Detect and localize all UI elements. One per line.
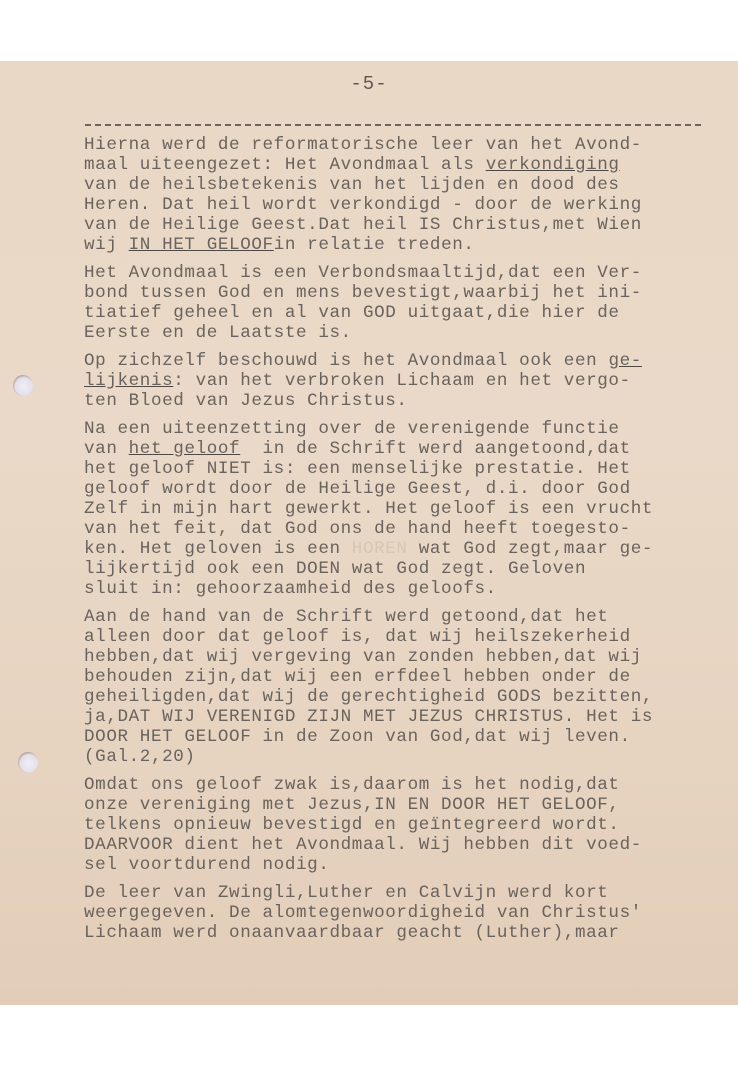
text-segment: van de Heilige Geest.Dat heil IS Christu… bbox=[84, 215, 642, 235]
paragraph: De leer van Zwingli,Luther en Calvijn we… bbox=[84, 883, 724, 943]
text-line: Na een uiteenzetting over de verenigende… bbox=[84, 419, 724, 439]
text-line: bond tussen God en mens bevestigt,waarbi… bbox=[84, 283, 724, 303]
text-segment: DOOR HET GELOOF in de Zoon van God,dat w… bbox=[84, 727, 631, 747]
text-line: Heren. Dat heil wordt verkondigd - door … bbox=[84, 195, 724, 215]
punch-hole-top bbox=[13, 375, 33, 396]
text-line: tiatief geheel en al van GOD uitgaat,die… bbox=[84, 303, 724, 323]
text-line: wij IN HET GELOOFin relatie treden. bbox=[84, 235, 724, 255]
text-line: Eerste en de Laatste is. bbox=[84, 323, 724, 343]
page-number: -5- bbox=[0, 73, 738, 95]
text-line: Lichaam werd onaanvaardbaar geacht (Luth… bbox=[84, 923, 724, 943]
text-segment: het geloof NIET is: een menselijke prest… bbox=[84, 459, 631, 479]
text-line: DOOR HET GELOOF in de Zoon van God,dat w… bbox=[84, 727, 724, 747]
text-segment: sluit in: gehoorzaamheid des geloofs. bbox=[84, 579, 497, 599]
text-line: Omdat ons geloof zwak is,daarom is het n… bbox=[84, 775, 724, 795]
text-segment: bond tussen God en mens bevestigt,waarbi… bbox=[84, 283, 642, 303]
underlined-text: lijkenis bbox=[84, 371, 173, 391]
text-segment: Omdat ons geloof zwak is,daarom is het n… bbox=[84, 775, 620, 795]
text-line: onze vereniging met Jezus,IN EN DOOR HET… bbox=[84, 795, 724, 815]
paragraph: Omdat ons geloof zwak is,daarom is het n… bbox=[84, 775, 724, 875]
text-line: ken. Het geloven is een HOREN wat God ze… bbox=[84, 539, 724, 559]
text-line: alleen door dat geloof is, dat wij heils… bbox=[84, 627, 724, 647]
text-segment: Heren. Dat heil wordt verkondigd - door … bbox=[84, 195, 642, 215]
text-segment: De leer van Zwingli,Luther en Calvijn we… bbox=[84, 883, 608, 903]
text-segment: DAARVOOR dient het Avondmaal. Wij hebben… bbox=[84, 835, 642, 855]
text-line: van de heilsbetekenis van het lijden en … bbox=[84, 175, 724, 195]
text-segment: Op zichzelf beschouwd is het Avondmaal o… bbox=[84, 351, 608, 371]
paragraph: Hierna werd de reformatorische leer van … bbox=[84, 135, 724, 255]
text-line: hebben,dat wij vergeving van zonden hebb… bbox=[84, 647, 724, 667]
text-segment: tiatief geheel en al van GOD uitgaat,die… bbox=[84, 303, 620, 323]
text-segment: ken. Het geloven is een bbox=[84, 539, 352, 559]
text-line: DAARVOOR dient het Avondmaal. Wij hebben… bbox=[84, 835, 724, 855]
text-line: van de Heilige Geest.Dat heil IS Christu… bbox=[84, 215, 724, 235]
paragraph: Aan de hand van de Schrift werd getoond,… bbox=[84, 607, 724, 767]
text-segment: wat God zegt,maar ge- bbox=[408, 539, 653, 559]
text-segment: lijkertijd ook een DOEN wat God zegt. Ge… bbox=[84, 559, 586, 579]
text-line: behouden zijn,dat wij een erfdeel hebben… bbox=[84, 667, 724, 687]
text-segment: Na een uiteenzetting over de verenigende… bbox=[84, 419, 620, 439]
text-line: Hierna werd de reformatorische leer van … bbox=[84, 135, 724, 155]
text-segment: hebben,dat wij vergeving van zonden hebb… bbox=[84, 647, 642, 667]
text-line: lijkenis: van het verbroken Lichaam en h… bbox=[84, 371, 724, 391]
text-line: van het geloof in de Schrift werd aanget… bbox=[84, 439, 724, 459]
text-segment: telkens opnieuw bevestigd en geïntegreer… bbox=[84, 815, 620, 835]
text-segment: ja,DAT WIJ VERENIGD ZIJN MET JEZUS CHRIS… bbox=[84, 707, 653, 727]
text-line: geloof wordt door de Heilige Geest, d.i.… bbox=[84, 479, 724, 499]
text-line: het geloof NIET is: een menselijke prest… bbox=[84, 459, 724, 479]
text-segment: alleen door dat geloof is, dat wij heils… bbox=[84, 627, 631, 647]
text-segment: Het Avondmaal is een Verbondsmaaltijd,da… bbox=[84, 263, 642, 283]
underlined-text: verkondiging bbox=[486, 155, 620, 175]
text-line: ja,DAT WIJ VERENIGD ZIJN MET JEZUS CHRIS… bbox=[84, 707, 724, 727]
header-rule bbox=[85, 124, 701, 126]
text-segment: wij bbox=[84, 235, 129, 255]
text-line: geheiligden,dat wij de gerechtigheid GOD… bbox=[84, 687, 724, 707]
underlined-text: ge- bbox=[608, 351, 641, 371]
text-segment: Aan de hand van de Schrift werd getoond,… bbox=[84, 607, 608, 627]
text-segment: van de heilsbetekenis van het lijden en … bbox=[84, 175, 620, 195]
paragraph: Het Avondmaal is een Verbondsmaaltijd,da… bbox=[84, 263, 724, 343]
faded-text: HOREN bbox=[352, 539, 408, 559]
text-line: van het feit, dat God ons de hand heeft … bbox=[84, 519, 724, 539]
text-line: ten Bloed van Jezus Christus. bbox=[84, 391, 724, 411]
underlined-text: IN HET GELOOF bbox=[129, 235, 274, 255]
text-segment: Zelf in mijn hart gewerkt. Het geloof is… bbox=[84, 499, 653, 519]
text-segment: geloof wordt door de Heilige Geest, d.i.… bbox=[84, 479, 631, 499]
text-segment: maal uiteengezet: Het Avondmaal als bbox=[84, 155, 486, 175]
text-line: Het Avondmaal is een Verbondsmaaltijd,da… bbox=[84, 263, 724, 283]
text-segment: Eerste en de Laatste is. bbox=[84, 323, 352, 343]
text-line: Zelf in mijn hart gewerkt. Het geloof is… bbox=[84, 499, 724, 519]
text-segment: Hierna werd de reformatorische leer van … bbox=[84, 135, 642, 155]
text-segment: van bbox=[84, 439, 129, 459]
text-line: sluit in: gehoorzaamheid des geloofs. bbox=[84, 579, 724, 599]
text-segment: behouden zijn,dat wij een erfdeel hebben… bbox=[84, 667, 631, 687]
text-segment: geheiligden,dat wij de gerechtigheid GOD… bbox=[84, 687, 653, 707]
text-segment: weergegeven. De alomtegenwoordigheid van… bbox=[84, 903, 642, 923]
text-segment: ten Bloed van Jezus Christus. bbox=[84, 391, 408, 411]
paragraph: Op zichzelf beschouwd is het Avondmaal o… bbox=[84, 351, 724, 411]
text-segment: sel voortdurend nodig. bbox=[84, 855, 329, 875]
text-line: maal uiteengezet: Het Avondmaal als verk… bbox=[84, 155, 724, 175]
text-segment: (Gal.2,20) bbox=[84, 747, 196, 767]
punch-hole-bottom bbox=[18, 752, 38, 773]
text-line: De leer van Zwingli,Luther en Calvijn we… bbox=[84, 883, 724, 903]
document-body: Hierna werd de reformatorische leer van … bbox=[84, 135, 724, 951]
text-segment: Lichaam werd onaanvaardbaar geacht (Luth… bbox=[84, 923, 620, 943]
text-line: Aan de hand van de Schrift werd getoond,… bbox=[84, 607, 724, 627]
text-segment: van het feit, dat God ons de hand heeft … bbox=[84, 519, 631, 539]
text-line: Op zichzelf beschouwd is het Avondmaal o… bbox=[84, 351, 724, 371]
text-segment: in de Schrift werd aangetoond,dat bbox=[240, 439, 631, 459]
text-line: weergegeven. De alomtegenwoordigheid van… bbox=[84, 903, 724, 923]
text-segment: : van het verbroken Lichaam en het vergo… bbox=[173, 371, 630, 391]
text-line: telkens opnieuw bevestigd en geïntegreer… bbox=[84, 815, 724, 835]
text-line: sel voortdurend nodig. bbox=[84, 855, 724, 875]
underlined-text: het geloof bbox=[129, 439, 241, 459]
text-segment: onze vereniging met Jezus,IN EN DOOR HET… bbox=[84, 795, 620, 815]
paragraph: Na een uiteenzetting over de verenigende… bbox=[84, 419, 724, 599]
text-line: lijkertijd ook een DOEN wat God zegt. Ge… bbox=[84, 559, 724, 579]
text-segment: in relatie treden. bbox=[274, 235, 475, 255]
text-line: (Gal.2,20) bbox=[84, 747, 724, 767]
